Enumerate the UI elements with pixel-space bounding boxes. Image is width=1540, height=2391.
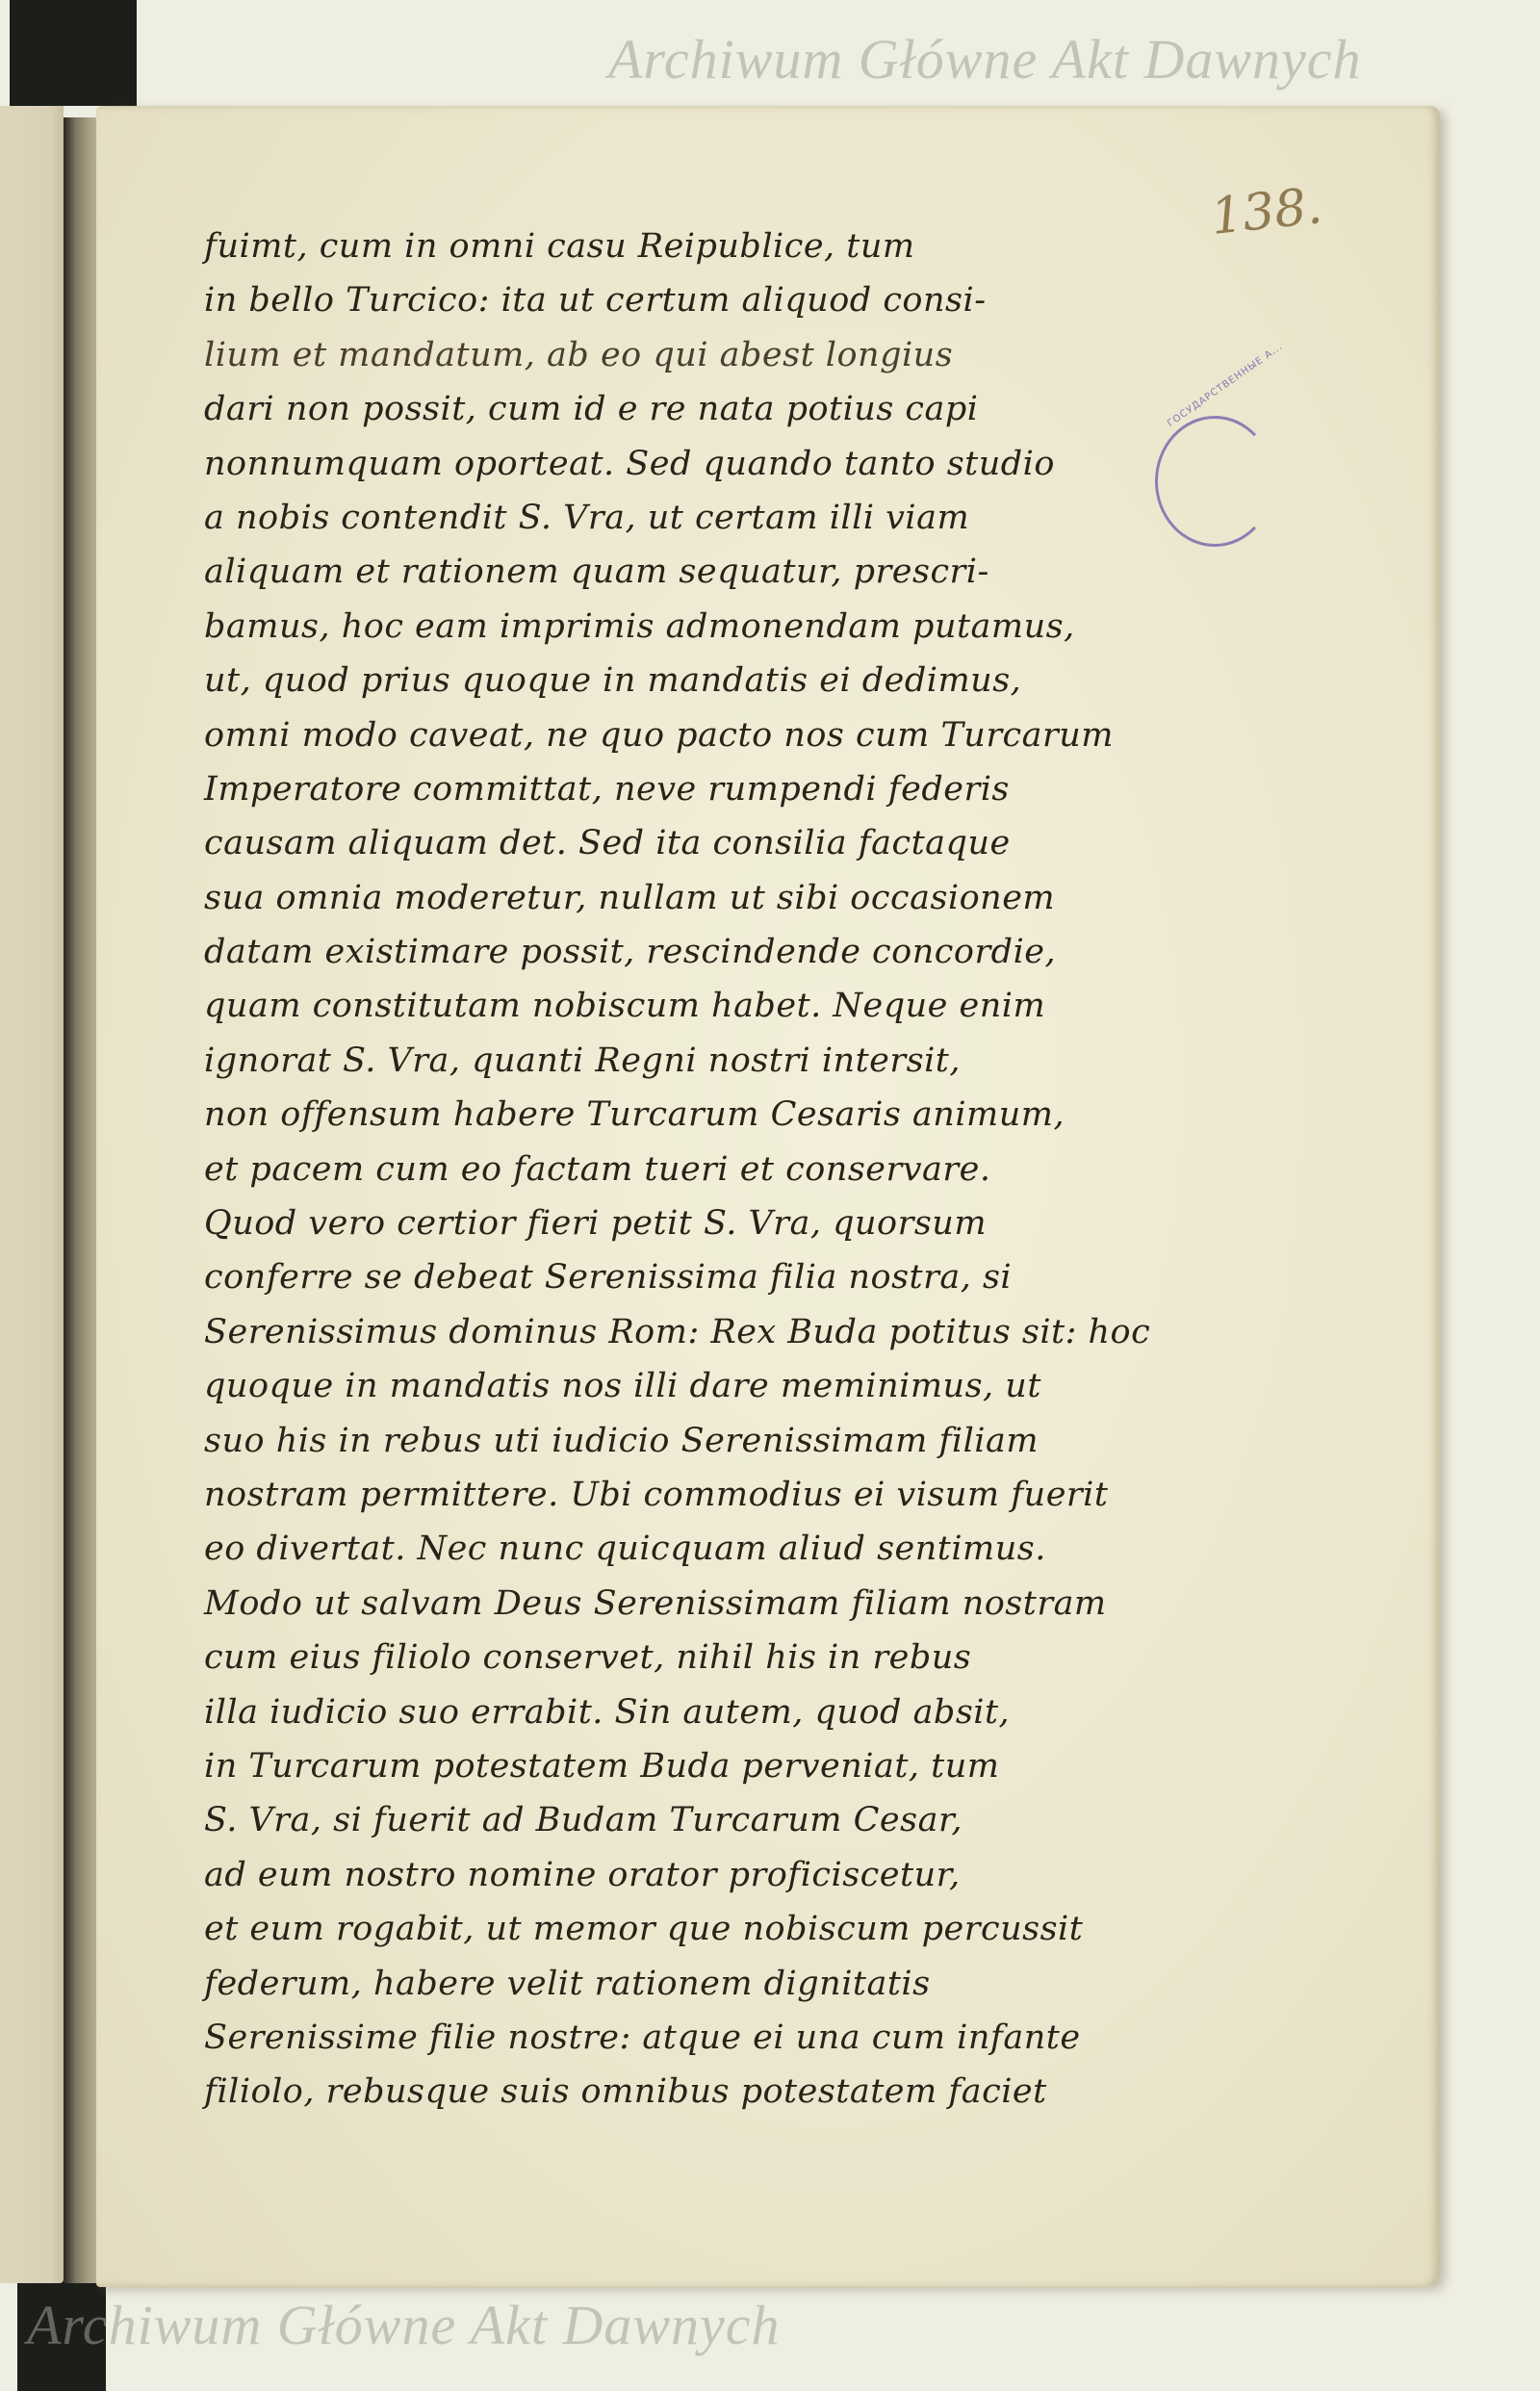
archive-watermark-top: Archiwum Główne Akt Dawnych — [608, 27, 1362, 91]
manuscript-line: sua omnia moderetur, nullam ut sibi occa… — [204, 871, 1215, 925]
manuscript-line: non offensum habere Turcarum Cesaris ani… — [204, 1088, 1215, 1142]
archive-watermark-bottom: Archiwum Główne Akt Dawnych — [27, 2293, 781, 2357]
manuscript-line: eo divertat. Nec nunc quicquam aliud sen… — [204, 1522, 1215, 1576]
manuscript-line: dari non possit, cum id e re nata potius… — [204, 382, 1215, 436]
manuscript-line: S. Vra, si fuerit ad Budam Turcarum Cesa… — [204, 1793, 1215, 1847]
manuscript-line: nonnumquam oporteat. Sed quando tanto st… — [204, 437, 1215, 491]
manuscript-line: ad eum nostro nomine orator proficiscetu… — [204, 1848, 1215, 1902]
manuscript-line: omni modo caveat, ne quo pacto nos cum T… — [204, 708, 1215, 762]
manuscript-line: Serenissime filie nostre: atque ei una c… — [204, 2011, 1215, 2065]
binding-gutter — [64, 117, 98, 2283]
manuscript-line: Modo ut salvam Deus Serenissimam filiam … — [204, 1577, 1215, 1631]
manuscript-line: in bello Turcico: ita ut certum aliquod … — [204, 273, 1215, 327]
manuscript-line: bamus, hoc eam imprimis admonendam putam… — [204, 600, 1215, 654]
previous-page-edge — [0, 106, 64, 2283]
manuscript-line: datam existimare possit, rescindende con… — [204, 925, 1215, 979]
manuscript-line: nostram permittere. Ubi commodius ei vis… — [204, 1468, 1215, 1522]
manuscript-line: illa iudicio suo errabit. Sin autem, quo… — [204, 1685, 1215, 1739]
manuscript-line: cum eius filiolo conservet, nihil his in… — [204, 1631, 1215, 1684]
folio-number: 138. — [1208, 177, 1324, 246]
manuscript-line: federum, habere velit rationem dignitati… — [204, 1957, 1215, 2011]
manuscript-line: Imperatore committat, neve rumpendi fede… — [204, 762, 1215, 816]
manuscript-line: fuimt, cum in omni casu Reipublice, tum — [204, 219, 1215, 273]
manuscript-line: ut, quod prius quoque in mandatis ei ded… — [204, 654, 1215, 707]
manuscript-line: ignorat S. Vra, quanti Regni nostri inte… — [204, 1034, 1215, 1088]
manuscript-line: conferre se debeat Serenissima filia nos… — [204, 1250, 1215, 1304]
manuscript-line: causam aliquam det. Sed ita consilia fac… — [204, 816, 1215, 870]
manuscript-line: suo his in rebus uti iudicio Serenissima… — [204, 1414, 1215, 1468]
manuscript-line: lium et mandatum, ab eo qui abest longiu… — [204, 328, 1215, 382]
manuscript-line: a nobis contendit S. Vra, ut certam illi… — [204, 491, 1215, 545]
manuscript-line: Serenissimus dominus Rom: Rex Buda potit… — [204, 1305, 1215, 1359]
manuscript-line: et pacem cum eo factam tueri et conserva… — [204, 1143, 1215, 1196]
manuscript-line: quoque in mandatis nos illi dare meminim… — [204, 1359, 1215, 1413]
manuscript-line: quam constitutam nobiscum habet. Neque e… — [204, 979, 1215, 1033]
manuscript-line: in Turcarum potestatem Buda perveniat, t… — [204, 1739, 1215, 1793]
manuscript-line: aliquam et rationem quam sequatur, presc… — [204, 545, 1215, 599]
manuscript-line: et eum rogabit, ut memor que nobiscum pe… — [204, 1902, 1215, 1956]
manuscript-line: Quod vero certior fieri petit S. Vra, qu… — [204, 1196, 1215, 1250]
manuscript-line: filiolo, rebusque suis omnibus potestate… — [204, 2065, 1215, 2119]
manuscript-text: fuimt, cum in omni casu Reipublice, tum … — [204, 219, 1215, 2120]
